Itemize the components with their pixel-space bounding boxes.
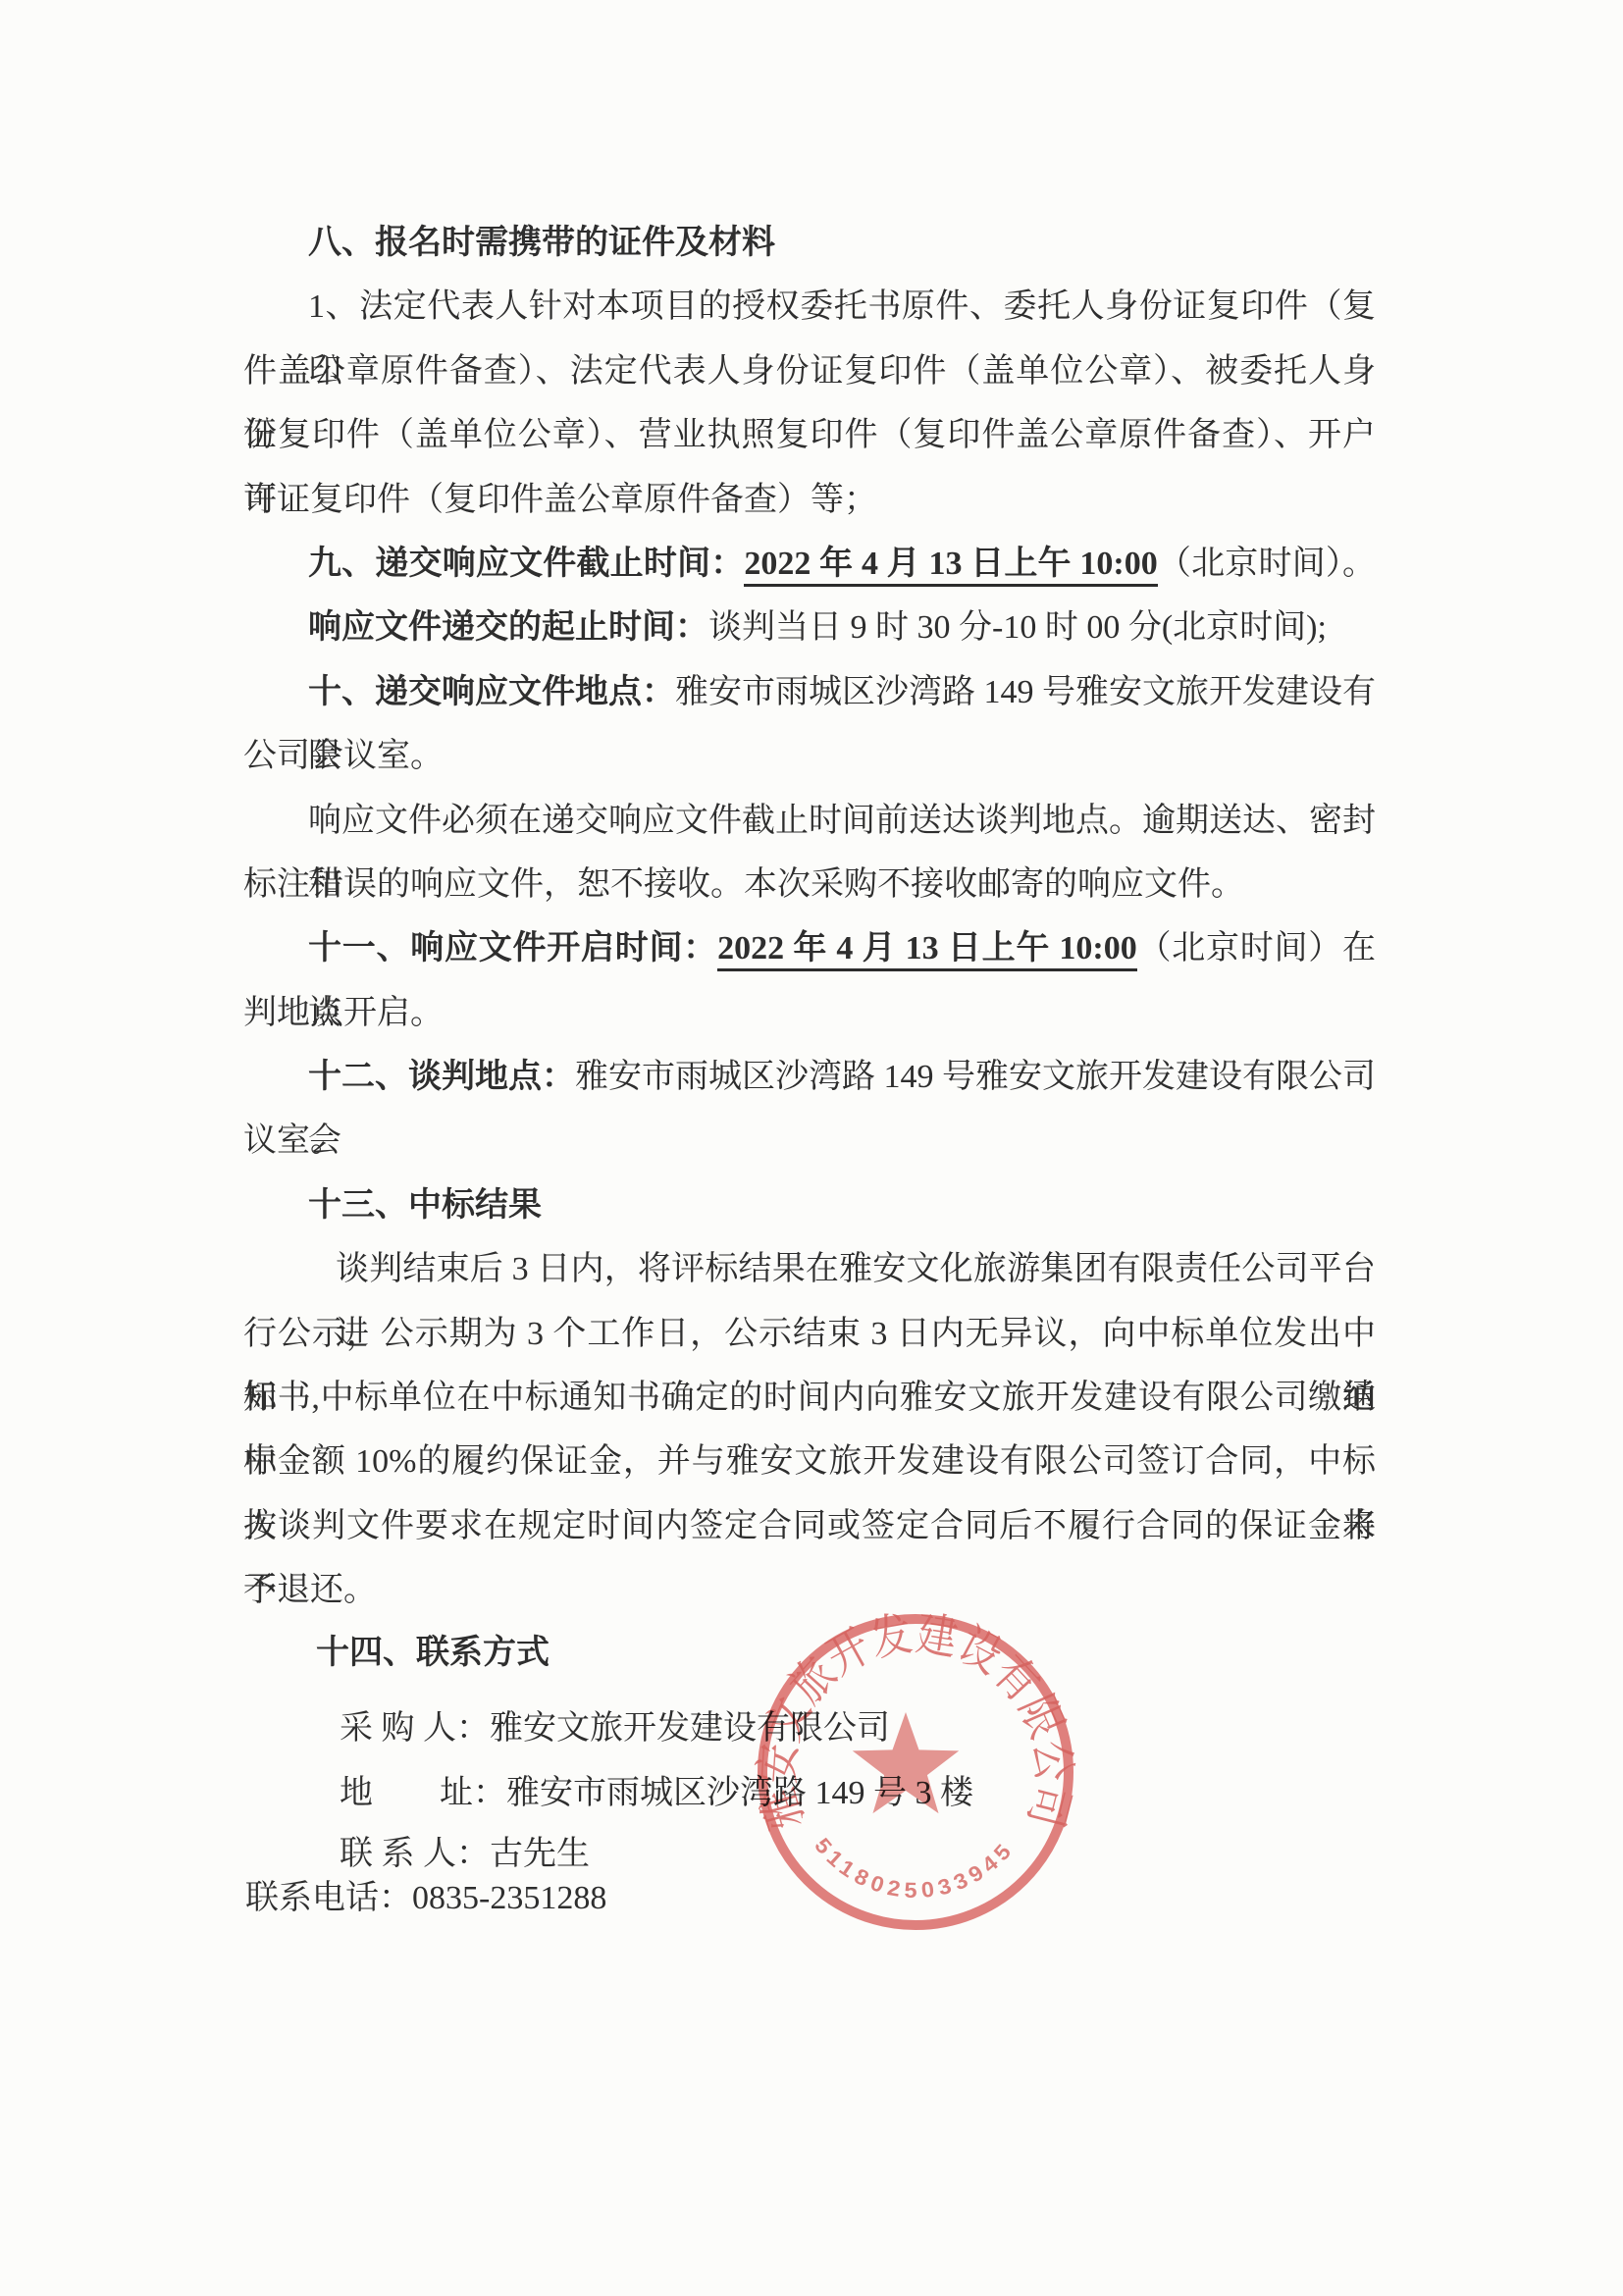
text-line: 八、报名时需携带的证件及材料 [243, 211, 1376, 275]
underlined-date: 2022 年 4 月 13 日上午 10:00 [744, 546, 1157, 587]
text-line: 可证复印件（复印件盖公章原件备查）等； [243, 468, 1376, 532]
text-line: 按谈判文件要求在规定时间内签定合同或签定合同后不履行合同的保证金将不 [243, 1494, 1376, 1558]
contact-value: 雅安市雨城区沙湾路 149 号 3 楼 [506, 1775, 973, 1811]
text-segment: 十一、响应文件开启时间： [308, 930, 717, 966]
contact-label: 联系电话： [245, 1880, 412, 1916]
text-line: 十一、响应文件开启时间：2022 年 4 月 13 日上午 10:00（北京时间… [243, 916, 1376, 980]
text-line: 证复印件（盖单位公章）、营业执照复印件（复印件盖公章原件备查）、开户许 [243, 403, 1376, 467]
contact-row: 联系电话：0835-2351288 [245, 1866, 606, 1931]
scanned-document-page: 八、报名时需携带的证件及材料1、法定代表人针对本项目的授权委托书原件、委托人身份… [0, 0, 1623, 2296]
text-line: 九、递交响应文件截止时间：2022 年 4 月 13 日上午 10:00（北京时… [243, 532, 1376, 596]
text-line: 1、法定代表人针对本项目的授权委托书原件、委托人身份证复印件（复印 [243, 275, 1376, 339]
text-line: 公司会议室。 [243, 724, 1376, 788]
seal-serial-text: 5118025033945 [810, 1833, 1019, 1903]
text-segment: 议室。 [243, 1122, 343, 1159]
text-line: 谈判结束后 3 日内，将评标结果在雅安文化旅游集团有限责任公司平台进 [243, 1237, 1376, 1301]
text-line: 响应文件必须在递交响应文件截止时间前送达谈判地点。逾期送达、密封和 [243, 789, 1376, 853]
text-line: 十、递交响应文件地点：雅安市雨城区沙湾路 149 号雅安文旅开发建设有限 [243, 660, 1376, 724]
text-segment: 予退还。 [243, 1572, 377, 1608]
text-segment: 判地点开启。 [243, 995, 444, 1031]
text-line: 知书,中标单位在中标通知书确定的时间内向雅安文旅开发建设有限公司缴纳中 [243, 1366, 1376, 1430]
text-line: 响应文件递交的起止时间：谈判当日 9 时 30 分-10 时 00 分(北京时间… [243, 596, 1376, 659]
contact-value: 雅安文旅开发建设有限公司 [490, 1710, 890, 1747]
text-line: 议室。 [243, 1109, 1376, 1173]
text-line: 行公示，公示期为 3 个工作日，公示结束 3 日内无异议，向中标单位发出中标通 [243, 1302, 1376, 1366]
text-segment: 十、递交响应文件地点： [308, 674, 675, 710]
text-segment: 可证复印件（复印件盖公章原件备查）等； [243, 482, 877, 518]
text-segment: 谈判当日 9 时 30 分-10 时 00 分(北京时间); [708, 609, 1327, 646]
text-line: 十三、中标结果 [243, 1174, 1376, 1237]
text-segment: 九、递交响应文件截止时间： [308, 546, 744, 582]
contact-row: 地 址：雅安市雨城区沙湾路 149 号 3 楼 [340, 1761, 973, 1826]
text-line: 予退还。 [243, 1558, 1376, 1622]
text-line: 件盖公章原件备查）、法定代表人身份证复印件（盖单位公章）、被委托人身份 [243, 339, 1376, 403]
contact-label: 采 购 人： [340, 1710, 490, 1747]
text-line: 判地点开启。 [243, 981, 1376, 1045]
underlined-date: 2022 年 4 月 13 日上午 10:00 [717, 930, 1137, 971]
text-segment: 十二、谈判地点： [308, 1059, 575, 1095]
text-segment: 十三、中标结果 [308, 1187, 542, 1224]
text-segment: 八、报名时需携带的证件及材料 [308, 225, 775, 261]
text-segment: 标注错误的响应文件，恕不接收。本次采购不接收邮寄的响应文件。 [243, 866, 1244, 903]
text-line: 标金额 10%的履约保证金，并与雅安文旅开发建设有限公司签订合同，中标人未 [243, 1430, 1376, 1493]
contact-label: 地 址： [340, 1775, 506, 1811]
text-line: 十二、谈判地点：雅安市雨城区沙湾路 149 号雅安文旅开发建设有限公司会 [243, 1045, 1376, 1109]
contact-row: 采 购 人：雅安文旅开发建设有限公司 [340, 1696, 890, 1761]
contact-value: 0835-2351288 [412, 1880, 606, 1916]
text-segment: 公司会议室。 [243, 738, 444, 774]
text-line: 标注错误的响应文件，恕不接收。本次采购不接收邮寄的响应文件。 [243, 853, 1376, 916]
text-segment: 响应文件递交的起止时间： [308, 609, 708, 646]
document-body: 八、报名时需携带的证件及材料1、法定代表人针对本项目的授权委托书原件、委托人身份… [243, 211, 1376, 1623]
text-segment: （北京时间）。 [1158, 546, 1376, 582]
contact-section-heading: 十四、联系方式 [316, 1621, 550, 1686]
